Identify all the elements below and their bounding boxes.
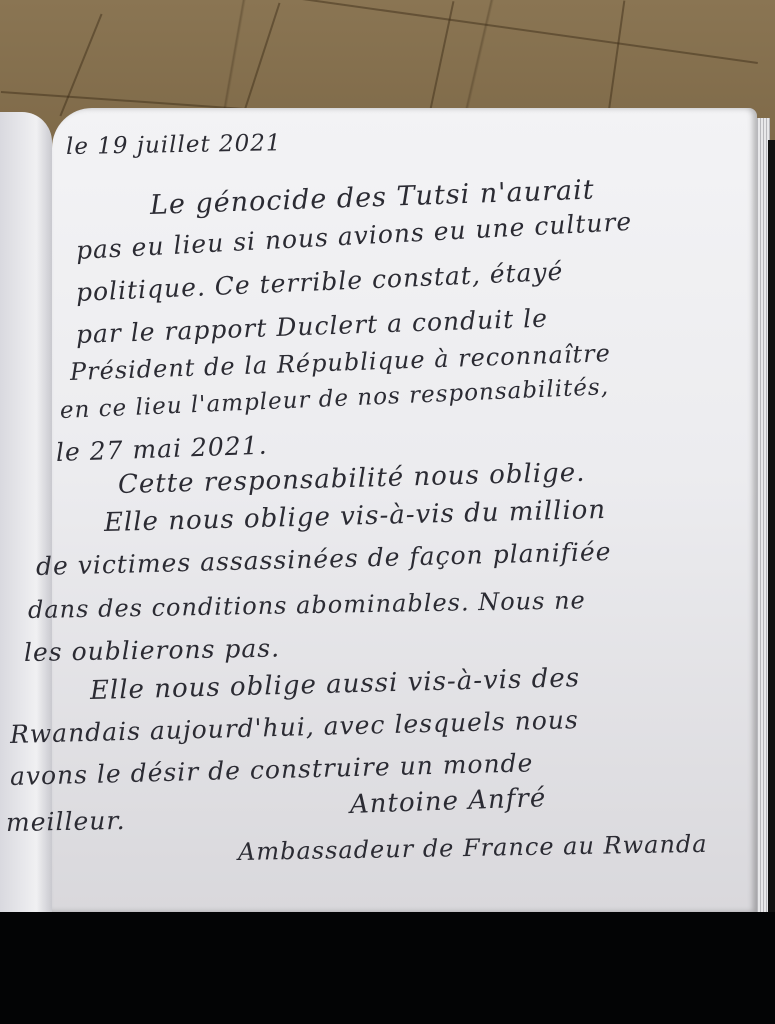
text-line: Elle nous oblige aussi vis-à-vis des (90, 663, 581, 706)
text-line: les oublierons pas. (24, 634, 281, 667)
signature: Antoine Anfré (349, 783, 546, 820)
text-line: le 27 mai 2021. (55, 431, 268, 467)
text-line: de victimes assassinées de façon planifi… (36, 537, 612, 581)
text-line: dans des conditions abominables. Nous ne (28, 586, 586, 624)
text-line: Elle nous oblige vis-à-vis du million (104, 495, 607, 538)
text-line: Rwandais aujourd'hui, avec lesquels nous (10, 705, 579, 749)
date-line: le 19 juillet 2021 (66, 130, 282, 160)
signature-title: Ambassadeur de France au Rwanda (238, 830, 708, 866)
text-line: par le rapport Duclert a conduit le (75, 304, 548, 349)
text-line: politique. Ce terrible constat, étayé (75, 257, 564, 307)
text-line: avons le désir de construire un monde (10, 748, 534, 791)
handwritten-text: le 19 juillet 2021 Le génocide des Tutsi… (0, 0, 775, 1024)
text-line: meilleur. (6, 806, 126, 837)
text-line: Cette responsabilité nous oblige. (118, 458, 586, 500)
